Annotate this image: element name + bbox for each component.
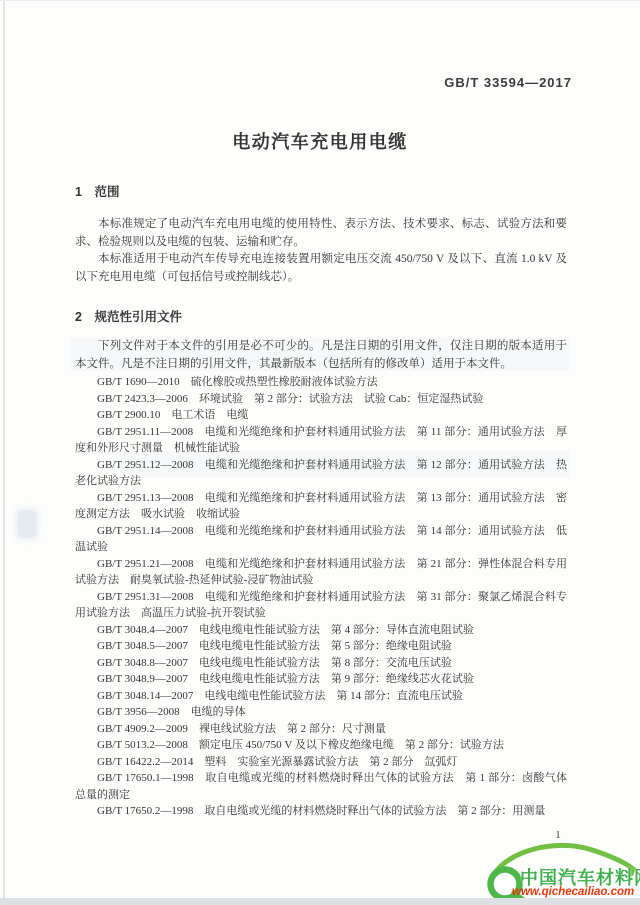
scope-paragraph: 本标准规定了电动汽车充电用电缆的使用特性、表示方法、技术要求、标志、试验方法和要… xyxy=(75,216,567,251)
reference-item: GB/T 2951.12—2008 电缆和光缆绝缘和护套材料通用试验方法 第 1… xyxy=(75,457,567,490)
reference-item: GB/T 3048.8—2007 电线电缆电性能试验方法 第 8 部分：交流电压… xyxy=(75,655,567,672)
section-2-title: 规范性引用文件 xyxy=(94,307,182,325)
reference-item: GB/T 2951.14—2008 电缆和光缆绝缘和护套材料通用试验方法 第 1… xyxy=(75,523,567,556)
reference-item: GB/T 3048.4—2007 电线电缆电性能试验方法 第 4 部分：导体直流… xyxy=(75,622,567,639)
watermark-site-url: www.qichecailiao.com xyxy=(512,886,634,898)
reference-item: GB/T 17650.2—1998 取自电缆或光缆的材料燃烧时释出气体的试验方法… xyxy=(75,803,567,820)
reference-item: GB/T 5013.2—2008 额定电压 450/750 V 及以下橡皮绝缘电… xyxy=(75,737,567,754)
reference-item: GB/T 3048.5—2007 电线电缆电性能试验方法 第 5 部分：绝缘电阻… xyxy=(75,638,567,655)
reference-item: GB/T 2951.13—2008 电缆和光缆绝缘和护套材料通用试验方法 第 1… xyxy=(75,490,567,523)
section-1-heading: 1范围 xyxy=(75,182,567,200)
reference-item: GB/T 3048.14—2007 电线电缆电性能试验方法 第 14 部分：直流… xyxy=(75,688,567,705)
section-1-title: 范围 xyxy=(94,182,119,200)
section-2-number: 2 xyxy=(75,310,82,324)
reference-item: GB/T 3956—2008 电缆的导体 xyxy=(75,704,567,721)
document-page: GB/T 33594—2017 电动汽车充电用电缆 1范围 本标准规定了电动汽车… xyxy=(0,0,640,905)
scope-paragraph: 本标准适用于电动汽车传导充电连接装置用额定电压交流 450/750 V 及以下、… xyxy=(75,251,567,286)
references-list: GB/T 1690—2010 硫化橡胶或热塑性橡胶耐液体试验方法GB/T 242… xyxy=(75,374,567,820)
section-2-heading: 2规范性引用文件 xyxy=(75,307,567,325)
reference-item: GB/T 2423.3—2006 环境试验 第 2 部分：试验方法 试验 Cab… xyxy=(75,391,567,408)
section-1-number: 1 xyxy=(75,185,82,199)
scan-smudge xyxy=(18,511,36,537)
reference-item: GB/T 2951.11—2008 电缆和光缆绝缘和护套材料通用试验方法 第 1… xyxy=(75,424,567,457)
page-content: 1范围 本标准规定了电动汽车充电用电缆的使用特性、表示方法、技术要求、标志、试验… xyxy=(75,182,567,820)
references-intro: 下列文件对于本文件的引用是必不可少的。凡是注日期的引用文件，仅注日期的版本适用于… xyxy=(75,338,567,373)
reference-item: GB/T 3048.9—2007 电线电缆电性能试验方法 第 9 部分：绝缘线芯… xyxy=(75,671,567,688)
reference-item: GB/T 2900.10 电工术语 电缆 xyxy=(75,407,567,424)
reference-item: GB/T 17650.1—1998 取自电缆或光缆的材料燃烧时释出气体的试验方法… xyxy=(75,770,567,803)
reference-item: GB/T 16422.2—2014 塑料 实验室光源暴露试验方法 第 2 部分 … xyxy=(75,754,567,771)
reference-item: GB/T 2951.21—2008 电缆和光缆绝缘和护套材料通用试验方法 第 2… xyxy=(75,556,567,589)
reference-item: GB/T 4909.2—2009 裸电线试验方法 第 2 部分：尺寸测量 xyxy=(75,721,567,738)
scope-paragraphs: 本标准规定了电动汽车充电用电缆的使用特性、表示方法、技术要求、标志、试验方法和要… xyxy=(75,216,567,286)
standard-number: GB/T 33594—2017 xyxy=(444,75,572,90)
reference-item: GB/T 1690—2010 硫化橡胶或热塑性橡胶耐液体试验方法 xyxy=(75,374,567,391)
reference-item: GB/T 2951.31—2008 电缆和光缆绝缘和护套材料通用试验方法 第 3… xyxy=(75,589,567,622)
site-watermark: 中国汽车材料网 www.qichecailiao.com xyxy=(476,837,640,905)
document-title: 电动汽车充电用电缆 xyxy=(0,128,640,154)
